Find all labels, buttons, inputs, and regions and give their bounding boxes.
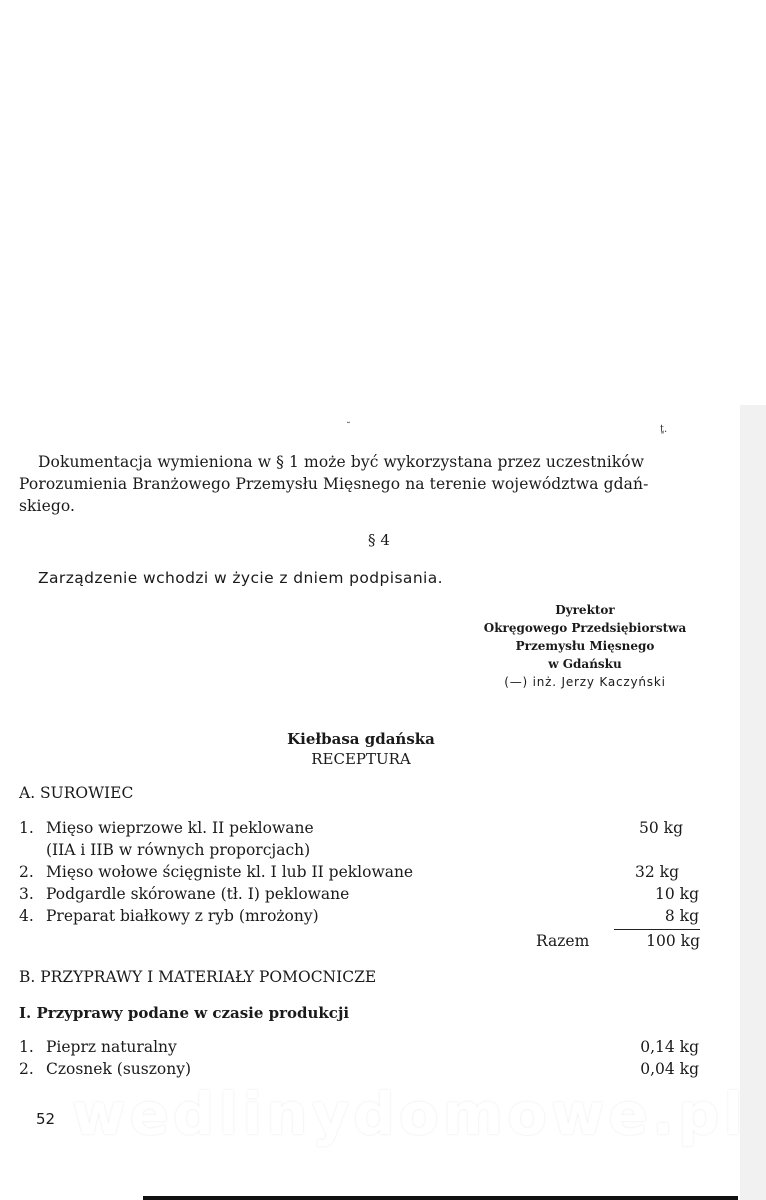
list-item: 1.Pieprz naturalny 0,14 kg: [19, 1036, 699, 1058]
item-quantity: 8 kg: [665, 905, 699, 927]
item-note: (IIA i IIB w równych proporcjach): [46, 841, 310, 859]
section-heading-4: § 4: [0, 529, 766, 551]
item-number: 2.: [19, 861, 46, 883]
watermark: wedlinydomowe.pl: [72, 1080, 712, 1148]
signature-org-line: Okręgowego Przedsiębiorstwa: [460, 619, 710, 637]
total-label: Razem: [536, 930, 589, 952]
recipe-subtitle: RECEPTURA: [0, 748, 722, 770]
list-item: 2.Czosnek (suszony) 0,04 kg: [19, 1058, 699, 1080]
paragraph-documentation: Dokumentacja wymieniona w § 1 może być w…: [19, 451, 709, 517]
scan-artifact: ˘: [346, 422, 351, 433]
signature-name: (—) inż. Jerzy Kaczyński: [460, 673, 710, 691]
paragraph-line: skiego.: [19, 495, 709, 517]
page-number: 52: [36, 1110, 55, 1128]
raw-materials-list: 1.Mięso wieprzowe kl. II peklowane 50 kg…: [19, 817, 699, 927]
scan-bottom-edge: [143, 1196, 738, 1200]
item-number: 3.: [19, 883, 46, 905]
recipe-title: Kiełbasa gdańska: [0, 728, 722, 750]
item-name: Mięso wołowe ścięgniste kl. I lub II pek…: [46, 863, 413, 881]
list-item: 1.Mięso wieprzowe kl. II peklowane 50 kg: [19, 817, 699, 839]
signature-org-line: Przemysłu Mięsnego: [460, 637, 710, 655]
item-name: Czosnek (suszony): [46, 1060, 191, 1078]
item-number: 1.: [19, 1036, 46, 1058]
item-quantity: 50 kg: [639, 817, 683, 839]
item-number: 4.: [19, 905, 46, 927]
item-name: Preparat białkowy z ryb (mrożony): [46, 907, 319, 925]
item-name: Podgardle skórowane (tł. I) peklowane: [46, 885, 349, 903]
signature-title: Dyrektor: [460, 601, 710, 619]
paragraph-effective-date: Zarządzenie wchodzi w życie z dniem podp…: [38, 567, 443, 589]
item-name: Mięso wieprzowe kl. II peklowane: [46, 819, 314, 837]
list-item: 2.Mięso wołowe ścięgniste kl. I lub II p…: [19, 861, 699, 883]
item-name: Pieprz naturalny: [46, 1038, 177, 1056]
item-number: 2.: [19, 1058, 46, 1080]
item-quantity: 10 kg: [655, 883, 699, 905]
list-item: 3.Podgardle skórowane (tł. I) peklowane …: [19, 883, 699, 905]
list-item-note: (IIA i IIB w równych proporcjach): [19, 839, 699, 861]
section-b-heading: B. PRZYPRAWY I MATERIAŁY POMOCNICZE: [19, 966, 376, 988]
spices-list: 1.Pieprz naturalny 0,14 kg 2.Czosnek (su…: [19, 1036, 699, 1080]
section-b-subheading: I. Przyprawy podane w czasie produkcji: [19, 1002, 349, 1024]
signature-city: w Gdańsku: [460, 655, 710, 673]
item-number: 1.: [19, 817, 46, 839]
signature-block: Dyrektor Okręgowego Przedsiębiorstwa Prz…: [460, 601, 710, 691]
item-quantity: 32 kg: [635, 861, 679, 883]
scan-artifact: ṯ.: [660, 424, 667, 435]
item-quantity: 0,14 kg: [640, 1036, 699, 1058]
section-sign-text: § 4: [368, 531, 390, 549]
item-quantity: 0,04 kg: [640, 1058, 699, 1080]
total-value: 100 kg: [646, 930, 700, 952]
list-item: 4.Preparat białkowy z ryb (mrożony) 8 kg: [19, 905, 699, 927]
paragraph-line: Dokumentacja wymieniona w § 1 może być w…: [19, 451, 709, 473]
paragraph-line: Porozumienia Branżowego Przemysłu Mięsne…: [19, 473, 709, 495]
section-a-heading: A. SUROWIEC: [19, 782, 133, 804]
